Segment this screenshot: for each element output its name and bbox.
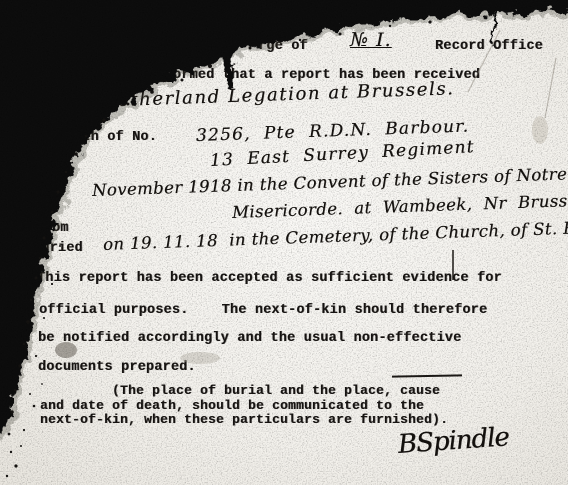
death-place-line-2: Misericorde. at Wambeek, Nr Brussels (232, 190, 568, 222)
body-line-official: official purposes. The next-of-kin shoul… (39, 303, 487, 318)
legation-handwritten-line: etherland Legation at Brussels. (118, 78, 455, 111)
note-line-3: next-of-kin, when these particulars are … (40, 413, 448, 427)
body-line-documents: documents prepared. (38, 360, 196, 375)
scanned-document-page: rge of № I. Record Office informed that … (0, 0, 568, 485)
note-line-2: and date of death, should be communicate… (40, 399, 424, 413)
from-word-fragment: om (52, 221, 69, 236)
body-line-notified: be notified accordingly and the usual no… (38, 331, 461, 346)
body-line-accepted: This report has been accepted as suffici… (37, 271, 502, 286)
signature-handwritten: BSpindle (397, 422, 510, 460)
ink-line-artifact (392, 374, 462, 377)
record-office-label: Record Office (435, 39, 543, 54)
charge-of-text: rge of (258, 39, 308, 54)
document-text-layer: rge of № I. Record Office informed that … (0, 0, 568, 485)
record-number-handwritten: № I. (350, 29, 392, 51)
death-of-label: ath of No. (74, 130, 157, 145)
burial-details-handwritten: on 19. 11. 18 in the Cemetery, of the Ch… (103, 217, 568, 254)
note-line-1: (The place of burial and the place, caus… (112, 384, 440, 398)
vertical-crease-mark (452, 250, 454, 280)
buried-label: Buried (33, 241, 83, 256)
